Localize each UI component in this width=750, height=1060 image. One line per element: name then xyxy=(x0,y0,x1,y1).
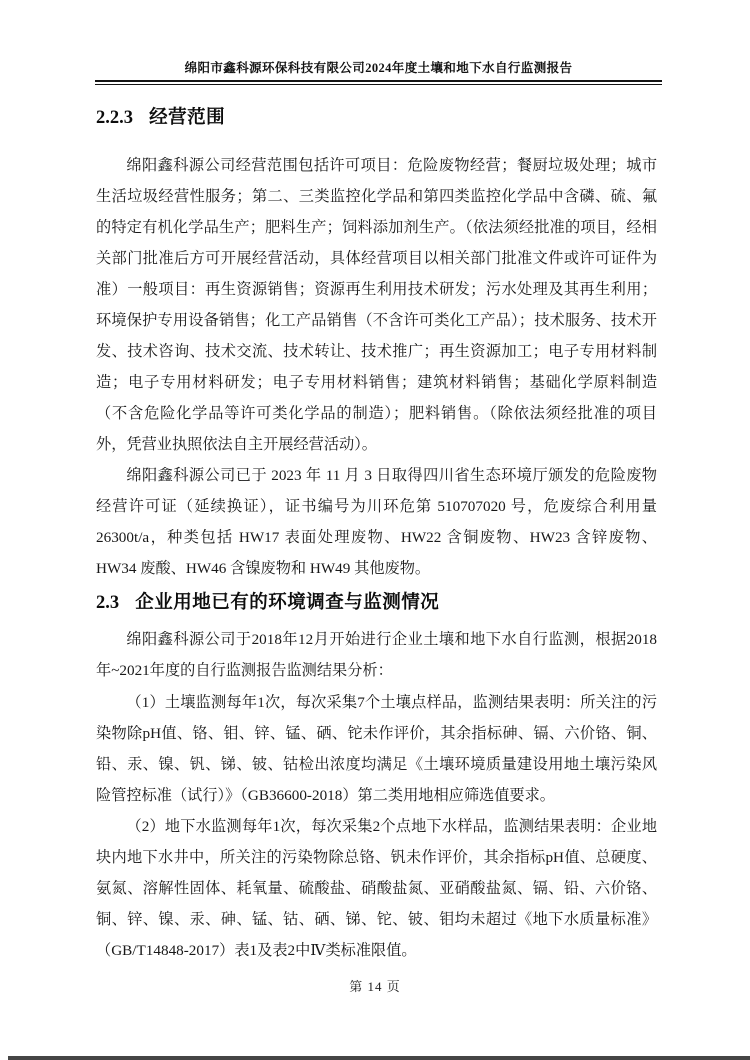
section-number: 2.3 xyxy=(96,593,119,613)
paragraph-monitoring-intro: 绵阳鑫科源公司于2018年12月开始进行企业土壤和地下水自行监测，根据2018年… xyxy=(96,624,657,686)
header-rule xyxy=(95,80,662,85)
page-number: 第 14 页 xyxy=(349,979,401,994)
paragraph-hazardous-waste-permit: 绵阳鑫科源公司已于 2023 年 11 月 3 日取得四川省生态环境厅颁发的危险… xyxy=(96,460,657,584)
section-heading-2-3: 2.3 企业用地已有的环境调查与监测情况 xyxy=(96,589,657,617)
section-title: 经营范围 xyxy=(149,108,225,128)
scan-edge-artifact xyxy=(8,1056,750,1060)
paragraph-groundwater-monitoring: （2）地下水监测每年1次，每次采集2个点地下水样品，监测结果表明：企业地块内地下… xyxy=(96,811,657,966)
document-page: 绵阳市鑫科源环保科技有限公司2024年度土壤和地下水自行监测报告 2.2.3 经… xyxy=(0,0,750,1060)
section-heading-2-2-3: 2.2.3 经营范围 xyxy=(96,104,657,132)
page-header-title: 绵阳市鑫科源环保科技有限公司2024年度土壤和地下水自行监测报告 xyxy=(95,58,662,76)
paragraph-business-scope: 绵阳鑫科源公司经营范围包括许可项目：危险废物经营；餐厨垃圾处理；城市生活垃圾经营… xyxy=(96,150,657,460)
section-number: 2.2.3 xyxy=(96,108,133,128)
paragraph-soil-monitoring: （1）土壤监测每年1次，每次采集7个土壤点样品，监测结果表明：所关注的污染物除p… xyxy=(96,687,657,811)
page-footer: 第 14 页 xyxy=(0,976,750,995)
section-title: 企业用地已有的环境调查与监测情况 xyxy=(135,593,439,613)
